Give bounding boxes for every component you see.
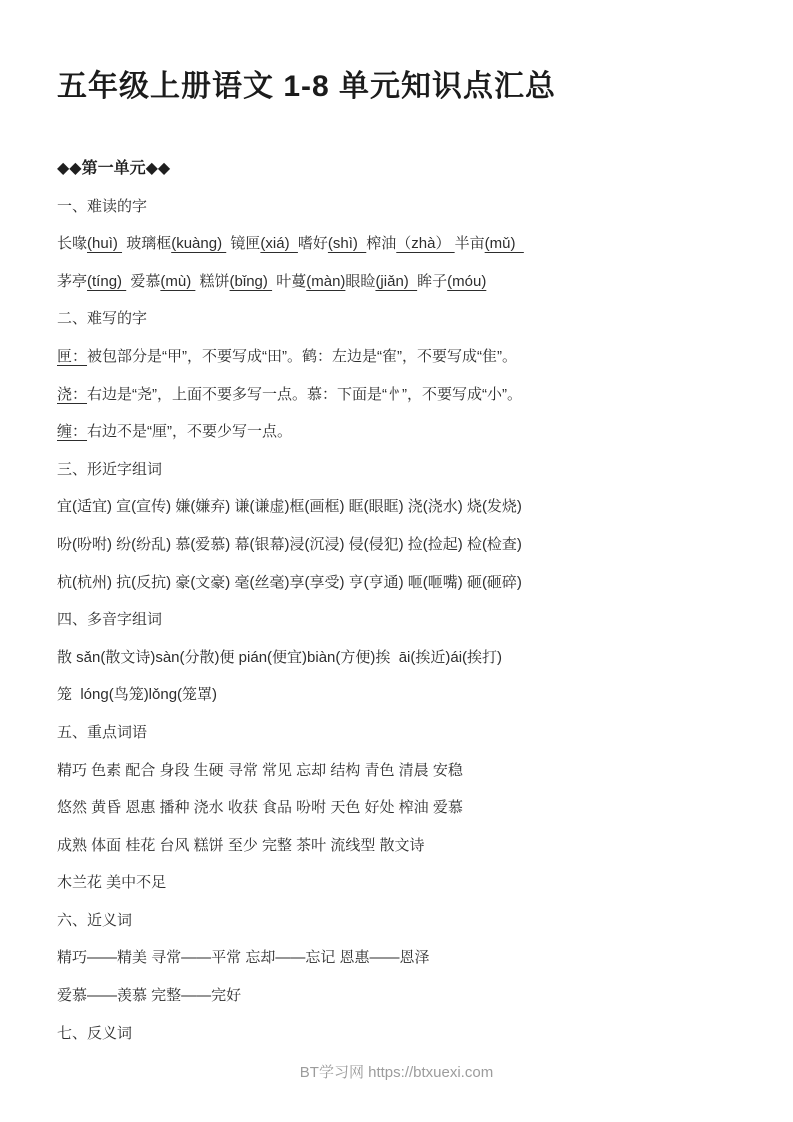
text-segment: 半亩 <box>455 235 485 252</box>
underlined-text: (mù) <box>160 273 195 290</box>
text-segment: 三、形近字组词 <box>57 461 162 478</box>
text-segment: 嗜好 <box>298 235 328 252</box>
text-segment: 五、重点词语 <box>57 724 147 741</box>
document-lines: ◆◆第一单元◆◆一、难读的字长喙(huì) 玻璃框(kuàng) 镜匣(xiá)… <box>57 150 736 1052</box>
text-segment: 精巧——精美 寻常——平常 忘却——忘记 恩惠——恩泽 <box>57 949 430 966</box>
text-segment: 成熟 体面 桂花 台风 糕饼 至少 完整 茶叶 流线型 散文诗 <box>57 837 425 854</box>
underlined-text: (móu) <box>447 273 486 290</box>
document-content: 五年级上册语文 1-8 单元知识点汇总 ◆◆第一单元◆◆一、难读的字长喙(huì… <box>0 0 793 1088</box>
text-segment: 杭(杭州) 抗(反抗) 豪(文豪) 毫(丝毫)享(享受) 亨(亨通) 咂(咂嘴)… <box>57 574 522 591</box>
text-segment: 木兰花 美中不足 <box>57 874 166 891</box>
underlined-text: (mǔ) <box>485 235 524 252</box>
text-segment: 被包部分是“甲”，不要写成“田”。鹤：左边是“隺”，不要写成“隹”。 <box>87 348 517 365</box>
synonyms-line-2: 爱慕——羡慕 完整——完好 <box>57 977 736 1015</box>
key-words-line-4: 木兰花 美中不足 <box>57 864 736 902</box>
text-segment: 精巧 色素 配合 身段 生硬 寻常 常见 忘却 结构 青色 清晨 安稳 <box>57 762 463 779</box>
underlined-text: 缠： <box>57 423 87 440</box>
section-heading-3: 三、形近字组词 <box>57 451 736 489</box>
text-segment: 镜匣 <box>226 235 260 252</box>
hard-to-write-line-2: 浇：右边是“尧”，上面不要多写一点。慕：下面是“㣺”，不要写成“小”。 <box>57 376 736 414</box>
hard-to-read-words-line-1: 长喙(huì) 玻璃框(kuàng) 镜匣(xiá) 嗜好(shì) 榨油（zh… <box>57 225 736 263</box>
text-segment: 散 sǎn(散文诗)sàn(分散)便 pián(便宜)biàn(方便)挨 āi(… <box>57 649 502 666</box>
key-words-line-3: 成熟 体面 桂花 台风 糕饼 至少 完整 茶叶 流线型 散文诗 <box>57 827 736 865</box>
underlined-text: (bǐng) <box>230 273 273 290</box>
text-segment: 榨油 <box>366 235 396 252</box>
underlined-text: (màn) <box>306 273 345 290</box>
similar-characters-line-2: 吩(吩咐) 纷(纷乱) 慕(爱慕) 幕(银幕)浸(沉浸) 侵(侵犯) 捡(捡起)… <box>57 526 736 564</box>
polyphonic-words-line-1: 散 sǎn(散文诗)sàn(分散)便 pián(便宜)biàn(方便)挨 āi(… <box>57 639 736 677</box>
text-segment: 六、近义词 <box>57 912 132 929</box>
page: { "page": { "title": "五年级上册语文 1-8 单元知识点汇… <box>0 0 793 1122</box>
text-segment: 悠然 黄昏 恩惠 播种 浇水 收获 食品 吩咐 天色 好处 榨油 爱慕 <box>57 799 463 816</box>
hard-to-read-words-line-2: 茅亭(tíng) 爱慕(mù) 糕饼(bǐng) 叶蔓(màn)眼睑(jiǎn)… <box>57 263 736 301</box>
polyphonic-words-line-2: 笼 lóng(鸟笼)lǒng(笼罩) <box>57 676 736 714</box>
hard-to-write-line-1: 匣：被包部分是“甲”，不要写成“田”。鹤：左边是“隺”，不要写成“隹”。 <box>57 338 736 376</box>
text-segment: 爱慕 <box>126 273 160 290</box>
text-segment: 糕饼 <box>195 273 229 290</box>
underlined-text: (jiǎn) <box>375 273 417 290</box>
text-segment: 玻璃框 <box>122 235 171 252</box>
unit-1-heading: ◆◆第一单元◆◆ <box>57 150 736 188</box>
text-segment: 右边不是“厘”，不要少写一点。 <box>87 423 292 440</box>
text-segment: 一、难读的字 <box>57 198 147 215</box>
hard-to-write-line-3: 缠：右边不是“厘”，不要少写一点。 <box>57 413 736 451</box>
underlined-text: 浇： <box>57 386 87 403</box>
section-heading-6: 六、近义词 <box>57 902 736 940</box>
text-segment: 七、反义词 <box>57 1025 132 1042</box>
underlined-text: 匣： <box>57 348 87 365</box>
text-segment: 叶蔓 <box>272 273 306 290</box>
synonyms-line-1: 精巧——精美 寻常——平常 忘却——忘记 恩惠——恩泽 <box>57 939 736 977</box>
underlined-text: （zhà） <box>396 235 454 252</box>
underlined-text: (xiá) <box>260 235 298 252</box>
text-segment: ◆◆第一单元◆◆ <box>57 160 170 177</box>
page-footer: BT学习网 https://btxuexi.com <box>57 1058 736 1088</box>
text-segment: 笼 lóng(鸟笼)lǒng(笼罩) <box>57 686 217 703</box>
text-segment: 眸子 <box>417 273 447 290</box>
text-segment: 长喙 <box>57 235 87 252</box>
key-words-line-1: 精巧 色素 配合 身段 生硬 寻常 常见 忘却 结构 青色 清晨 安稳 <box>57 752 736 790</box>
text-segment: 二、难写的字 <box>57 310 147 327</box>
section-heading-1: 一、难读的字 <box>57 188 736 226</box>
text-segment: 宜(适宜) 宣(宣传) 嫌(嫌弃) 谦(谦虚)框(画框) 眶(眼眶) 浇(浇水)… <box>57 498 522 515</box>
text-segment: 四、多音字组词 <box>57 611 162 628</box>
text-segment: 右边是“尧”，上面不要多写一点。慕：下面是“㣺”，不要写成“小”。 <box>87 386 522 403</box>
text-segment: 茅亭 <box>57 273 87 290</box>
text-segment: 爱慕——羡慕 完整——完好 <box>57 987 241 1004</box>
text-segment: 吩(吩咐) 纷(纷乱) 慕(爱慕) 幕(银幕)浸(沉浸) 侵(侵犯) 捡(捡起)… <box>57 536 522 553</box>
underlined-text: (tíng) <box>87 273 126 290</box>
section-heading-2: 二、难写的字 <box>57 300 736 338</box>
section-heading-5: 五、重点词语 <box>57 714 736 752</box>
text-segment: 眼睑 <box>345 273 375 290</box>
similar-characters-line-1: 宜(适宜) 宣(宣传) 嫌(嫌弃) 谦(谦虚)框(画框) 眶(眼眶) 浇(浇水)… <box>57 488 736 526</box>
underlined-text: (kuàng) <box>171 235 226 252</box>
underlined-text: (huì) <box>87 235 122 252</box>
underlined-text: (shì) <box>328 235 366 252</box>
page-title: 五年级上册语文 1-8 单元知识点汇总 <box>57 0 736 110</box>
key-words-line-2: 悠然 黄昏 恩惠 播种 浇水 收获 食品 吩咐 天色 好处 榨油 爱慕 <box>57 789 736 827</box>
section-heading-4: 四、多音字组词 <box>57 601 736 639</box>
section-heading-7: 七、反义词 <box>57 1015 736 1053</box>
similar-characters-line-3: 杭(杭州) 抗(反抗) 豪(文豪) 毫(丝毫)享(享受) 亨(亨通) 咂(咂嘴)… <box>57 564 736 602</box>
